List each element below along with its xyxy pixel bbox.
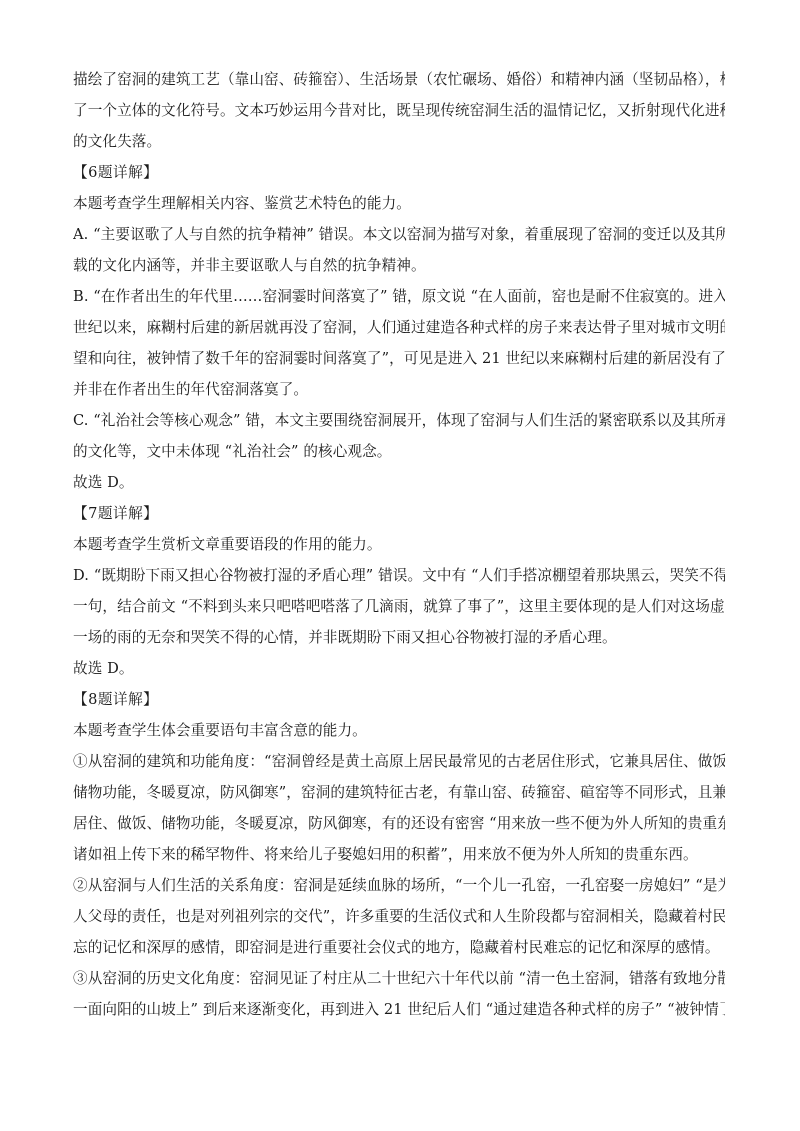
section-heading: 【8题详解】 bbox=[73, 684, 725, 715]
text-line: ③从窑洞的历史文化角度：窑洞见证了村庄从二十世纪六十年代以前 “清一色土窑洞，错… bbox=[73, 963, 725, 994]
text-line: D. “既期盼下雨又担心谷物被打湿的矛盾心理” 错误。文中有 “人们手搭凉棚望着… bbox=[73, 560, 725, 591]
text-line: 故选 D。 bbox=[73, 653, 725, 684]
text-line: 诸如祖上传下来的稀罕物件、将来给儿子娶媳妇用的积蓄”，用来放不便为外人所知的贵重… bbox=[73, 839, 725, 870]
document-page: 描绘了窑洞的建筑工艺（靠山窑、砖箍窑）、生活场景（农忙碾场、婚俗）和精神内涵（坚… bbox=[73, 64, 725, 1025]
text-line: ②从窑洞与人们生活的关系角度：窑洞是延续血脉的场所，“一个儿一孔窑，一孔窑娶一房… bbox=[73, 870, 725, 901]
text-line: 本题考查学生理解相关内容、鉴赏艺术特色的能力。 bbox=[73, 188, 725, 219]
text-line: 世纪以来，麻糊村后建的新居就再没了窑洞，人们通过建造各种式样的房子来表达骨子里对… bbox=[73, 312, 725, 343]
section-heading: 【7题详解】 bbox=[73, 498, 725, 529]
text-line: 储物功能，冬暖夏凉，防风御寒”，窑洞的建筑特征古老，有靠山窑、砖箍窑、碹窑等不同… bbox=[73, 777, 725, 808]
text-line: A. “主要讴歌了人与自然的抗争精神” 错误。本文以窑洞为描写对象，着重展现了窑… bbox=[73, 219, 725, 250]
text-line: ①从窑洞的建筑和功能角度：“窑洞曾经是黄土高原上居民最常见的古老居住形式，它兼具… bbox=[73, 746, 725, 777]
text-line: 忘的记忆和深厚的感情，即窑洞是进行重要社会仪式的地方，隐藏着村民难忘的记忆和深厚… bbox=[73, 932, 725, 963]
text-line: 的文化等，文中未体现 “礼治社会” 的核心观念。 bbox=[73, 436, 725, 467]
text-line: 一场的雨的无奈和哭笑不得的心情，并非既期盼下雨又担心谷物被打湿的矛盾心理。 bbox=[73, 622, 725, 653]
text-line: 居住、做饭、储物功能，冬暖夏凉，防风御寒，有的还设有密窖 “用来放一些不便为外人… bbox=[73, 808, 725, 839]
text-line: 描绘了窑洞的建筑工艺（靠山窑、砖箍窑）、生活场景（农忙碾场、婚俗）和精神内涵（坚… bbox=[73, 64, 725, 95]
text-line: 本题考查学生体会重要语句丰富含意的能力。 bbox=[73, 715, 725, 746]
text-line: 并非在作者出生的年代窑洞落寞了。 bbox=[73, 374, 725, 405]
text-line: 了一个立体的文化符号。文本巧妙运用今昔对比，既呈现传统窑洞生活的温情记忆，又折射… bbox=[73, 95, 725, 126]
text-line: 的文化失落。 bbox=[73, 126, 725, 157]
text-line: C. “礼治社会等核心观念” 错，本文主要围绕窑洞展开，体现了窑洞与人们生活的紧… bbox=[73, 405, 725, 436]
text-line: 人父母的责任，也是对列祖列宗的交代”，许多重要的生活仪式和人生阶段都与窑洞相关，… bbox=[73, 901, 725, 932]
text-line: 载的文化内涵等，并非主要讴歌人与自然的抗争精神。 bbox=[73, 250, 725, 281]
text-line: 一句，结合前文 “不料到头来只吧嗒吧嗒落了几滴雨，就算了事了”，这里主要体现的是… bbox=[73, 591, 725, 622]
text-line: B. “在作者出生的年代里……窑洞霎时间落寞了” 错，原文说 “在人面前，窑也是… bbox=[73, 281, 725, 312]
text-line: 本题考查学生赏析文章重要语段的作用的能力。 bbox=[73, 529, 725, 560]
text-line: 故选 D。 bbox=[73, 467, 725, 498]
text-line: 一面向阳的山坡上” 到后来逐渐变化，再到进入 21 世纪后人们 “通过建造各种式… bbox=[73, 994, 725, 1025]
section-heading: 【6题详解】 bbox=[73, 157, 725, 188]
text-line: 望和向往，被钟情了数千年的窑洞霎时间落寞了”，可见是进入 21 世纪以来麻糊村后… bbox=[73, 343, 725, 374]
